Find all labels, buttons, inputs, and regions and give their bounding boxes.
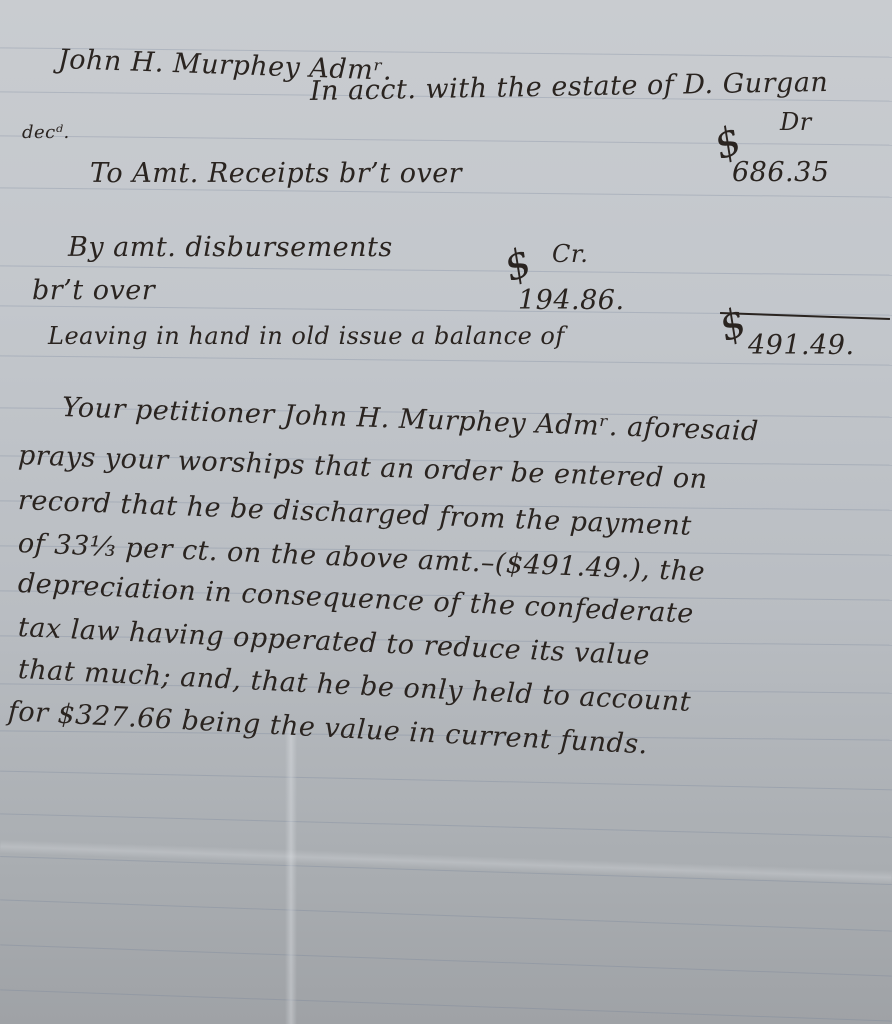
- credit-column-label: Cr.: [552, 240, 588, 268]
- balance-amount: 491.49.: [748, 330, 855, 361]
- ruled-line: [0, 944, 891, 976]
- handwritten-ledger-page: John H. Murphey Admʳ. In acct. with the …: [0, 0, 892, 1024]
- credit-dollar-sign: $: [498, 239, 538, 291]
- credit-description-line2: br’t over: [32, 275, 155, 306]
- credit-description-line1: By amt. disbursements: [68, 232, 393, 263]
- petition-line: prays your worships that an order be ent…: [17, 440, 708, 495]
- ruled-line: [0, 813, 892, 837]
- balance-description: Leaving in hand in old issue a balance o…: [48, 322, 565, 350]
- ruled-line: [0, 771, 892, 791]
- paper-fold-horizontal: [0, 839, 892, 884]
- petition-line: Your petitioner John H. Murphey Admʳ. af…: [61, 392, 759, 447]
- debit-amount: 686.35: [732, 157, 829, 188]
- deceased-abbrev: decᵈ.: [22, 122, 70, 143]
- paper-fold-vertical: [285, 720, 297, 1024]
- ruled-line: [0, 135, 892, 145]
- ruled-line: [0, 899, 891, 931]
- debit-description: To Amt. Receipts br’t over: [90, 158, 462, 189]
- credit-amount: 194.86.: [518, 285, 625, 316]
- debit-column-label: Dr: [780, 108, 812, 136]
- ruled-line: [0, 989, 891, 1021]
